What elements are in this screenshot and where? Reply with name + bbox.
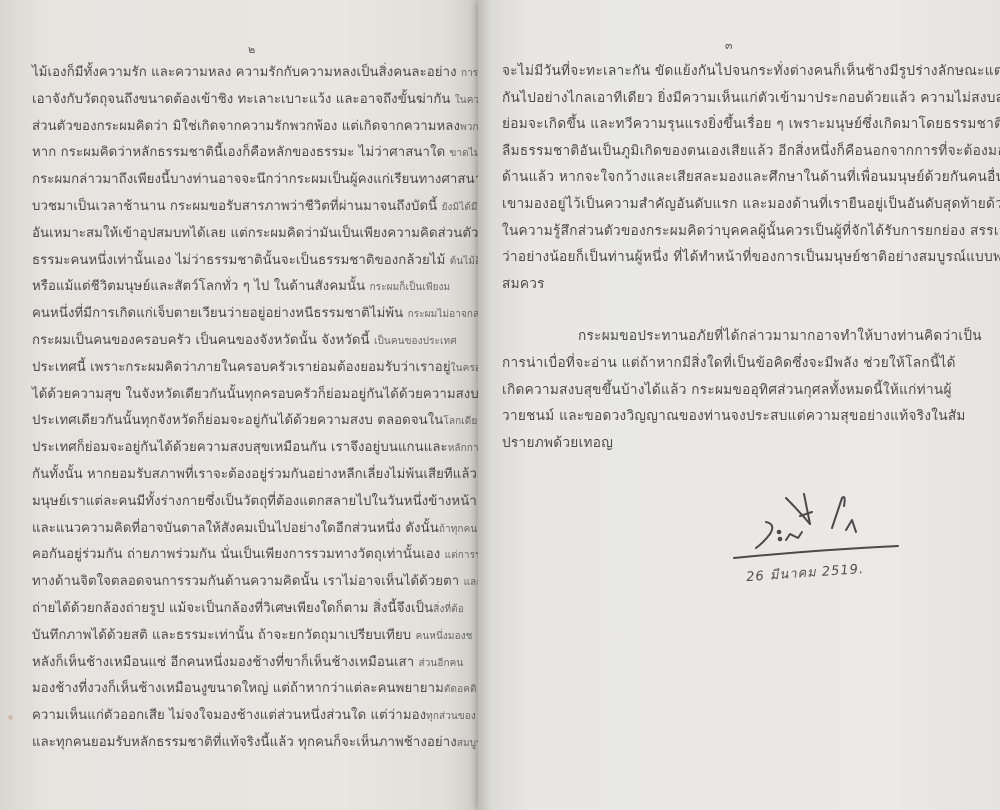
- text-line: กระผมขอประทานอภัยที่ได้กล่าวมามากอาจทำให…: [502, 323, 982, 350]
- paper-stain: [8, 715, 13, 720]
- text-line: เอาจังกับวัตถุจนถึงขนาดต้องเข้าชิง ทะเลา…: [32, 87, 485, 114]
- handwritten-signature: 26 มีนาคม 2519.: [726, 480, 916, 590]
- text-line: วายชนม์ และขอดวงวิญญาณของท่านจงประสบแต่ค…: [502, 403, 982, 430]
- text-line: เกิดความสงบสุขขึ้นบ้างได้แล้ว กระผมขออุท…: [502, 377, 982, 404]
- text-line: คนหนึ่งที่มีการเกิดแก่เจ็บตายเวียนว่ายอย…: [32, 301, 485, 328]
- text-line: ความเห็นแก่ตัวออกเสีย ไม่จงใจมองช้างแต่ส…: [32, 703, 485, 730]
- text-line: กันทั้งนั้น หากยอมรับสภาพที่เราจะต้องอยู…: [32, 462, 485, 489]
- text-line: ปรายภพด้วยเทอญ: [502, 430, 982, 457]
- text-line: ย่อมจะเกิดขึ้น และทวีความรุนแรงยิ่งขึ้นเ…: [502, 111, 982, 138]
- text-line: ธรรมะคนหนึ่งเท่านั้นเอง ไม่ว่าธรรมชาตินั…: [32, 248, 485, 275]
- text-line: ส่วนตัวของกระผมคิดว่า มิใช่เกิดจากความรั…: [32, 114, 485, 141]
- text-line: สมควร: [502, 271, 982, 298]
- text-line: ประเทศก็ย่อมจะอยู่กันได้ด้วยความสงบสุขเห…: [32, 435, 485, 462]
- text-line: มนุษย์เราแต่ละคนมีทั้งร่างกายซึ่งเป็นวัต…: [32, 489, 485, 516]
- page-number: ๓: [725, 36, 733, 54]
- text-line: ได้ด้วยความสุข ในจังหวัดเดียวกันนั้นทุกค…: [32, 382, 485, 409]
- text-line: ว่าอย่างน้อยก็เป็นท่านผู้หนึ่ง ที่ได้ทำห…: [502, 244, 982, 271]
- right-page-body: จะไม่มีวันที่จะทะเลาะกัน ขัดแย้งกันไปจนก…: [502, 58, 982, 456]
- text-line: จะไม่มีวันที่จะทะเลาะกัน ขัดแย้งกันไปจนก…: [502, 58, 982, 85]
- text-line: การน่าเบื่อที่จะอ่าน แต่ถ้าหากมีสิ่งใดที…: [502, 350, 982, 377]
- paragraph-gap: [502, 297, 982, 323]
- text-line: หรือแม้แต่ชีวิตมนุษย์และสัตว์โลกทั่ว ๆ ไ…: [32, 274, 485, 301]
- text-line: ไม้เองก็มีทั้งความรัก และความหลง ความรัก…: [32, 60, 485, 87]
- text-line: อันเหมาะสมให้เข้าอุปสมบทได้เลย แต่กระผมค…: [32, 221, 485, 248]
- text-line: และทุกคนยอมรับหลักธรรมชาติที่แท้จริงนี้แ…: [32, 730, 485, 757]
- text-line: ประเทศนี้ เพราะกระผมคิดว่าภายในครอบครัวเ…: [32, 355, 485, 382]
- text-line: ในความรู้สึกส่วนตัวของกระผมคิดว่าบุคคลผู…: [502, 218, 982, 245]
- text-line: ถ่ายได้ด้วยกล้องถ่ายรูป แม้จะเป็นกล้องที…: [32, 596, 485, 623]
- signature-scrawl-icon: [726, 480, 916, 570]
- right-page: ๓ จะไม่มีวันที่จะทะเลาะกัน ขัดแย้งกันไปจ…: [478, 0, 1000, 810]
- text-line: หาก กระผมคิดว่าหลักธรรมชาตินี้เองก็คือหล…: [32, 140, 485, 167]
- text-line: มองช้างที่งวงก็เห็นช้างเหมือนงูขนาดใหญ่ …: [32, 676, 485, 703]
- text-line: บันทึกภาพได้ด้วยสติ และธรรมะเท่านั้น ถ้า…: [32, 623, 485, 650]
- text-line: กันไปอย่างไกลเอาทีเดียว ยิ่งมีความเห็นแก…: [502, 85, 982, 112]
- text-line: กระผมเป็นคนของครอบครัว เป็นคนของจังหวัดน…: [32, 328, 485, 355]
- text-line: และแนวความคิดที่อาจบันดาลให้สังคมเป็นไปอ…: [32, 516, 485, 543]
- left-page: ๒ ไม้เองก็มีทั้งความรัก และความหลง ความร…: [0, 0, 485, 810]
- text-line: ทางด้านจิตใจตลอดจนการรวมกันด้านความคิดนั…: [32, 569, 485, 596]
- left-page-body: ไม้เองก็มีทั้งความรัก และความหลง ความรัก…: [32, 60, 485, 757]
- text-line: หลังก็เห็นช้างเหมือนแซ่ อีกคนหนึ่งมองช้า…: [32, 650, 485, 677]
- text-line: ลืมธรรมชาติอันเป็นภูมิเกิดของตนเองเสียแล…: [502, 138, 982, 165]
- text-line: ประเทศเดียวกันนั้นทุกจังหวัดก็ย่อมจะอยู่…: [32, 408, 485, 435]
- text-line: กระผมกล่าวมาถึงเพียงนี้บางท่านอาจจะนึกว่…: [32, 167, 485, 194]
- page-number: ๒: [248, 40, 255, 58]
- text-line: คอกันอยู่ร่วมกัน ถ่ายภาพร่วมกัน นั่นเป็น…: [32, 542, 485, 569]
- text-line: เขามองอยู่ไว้เป็นความสำคัญอันดับแรก และม…: [502, 191, 982, 218]
- text-line: บวชมาเป็นเวลาช้านาน กระผมขอรับสารภาพว่าช…: [32, 194, 485, 221]
- text-line: ด้านแล้ว หากจะใจกว้างและเสียสละมองและศึก…: [502, 164, 982, 191]
